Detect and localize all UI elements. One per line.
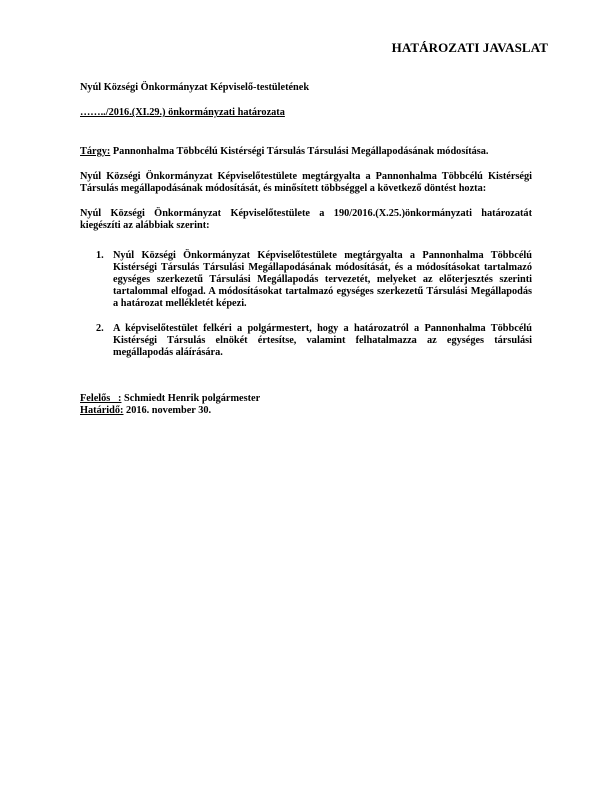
responsible-value: Schmiedt Henrik polgármester: [121, 393, 260, 404]
deadline-line: Határidő: 2016. november 30.: [80, 405, 532, 417]
document-page: HATÁROZATI JAVASLAT Nyúl Községi Önkormá…: [0, 0, 612, 792]
amend-paragraph: Nyúl Községi Önkormányzat Képviselőtestü…: [80, 208, 532, 232]
responsible-line: Felelős : Schmiedt Henrik polgármester: [80, 393, 532, 405]
list-item: 2. A képviselőtestület felkéri a polgárm…: [96, 323, 532, 359]
subject-line: Tárgy: Pannonhalma Többcélú Kistérségi T…: [80, 146, 532, 158]
deadline-label: Határidő:: [80, 405, 123, 416]
addressee: Nyúl Községi Önkormányzat Képviselő-test…: [80, 82, 532, 94]
subject-label: Tárgy:: [80, 146, 110, 157]
list-item-text: Nyúl Községi Önkormányzat Képviselőtestü…: [113, 250, 532, 310]
deadline-value: 2016. november 30.: [123, 405, 211, 416]
resolution-number: ……../2016.(XI.29.) önkormányzati határoz…: [80, 107, 532, 119]
list-item-number: 1.: [96, 250, 104, 262]
responsible-label: Felelős :: [80, 393, 121, 404]
intro-paragraph: Nyúl Községi Önkormányzat Képviselőtestü…: [80, 171, 532, 195]
list-item-number: 2.: [96, 323, 104, 335]
list-item: 1. Nyúl Községi Önkormányzat Képviselőte…: [96, 250, 532, 310]
subject-text: Pannonhalma Többcélú Kistérségi Társulás…: [110, 146, 488, 157]
document-title: HATÁROZATI JAVASLAT: [392, 40, 548, 56]
list-item-text: A képviselőtestület felkéri a polgármest…: [113, 323, 532, 359]
